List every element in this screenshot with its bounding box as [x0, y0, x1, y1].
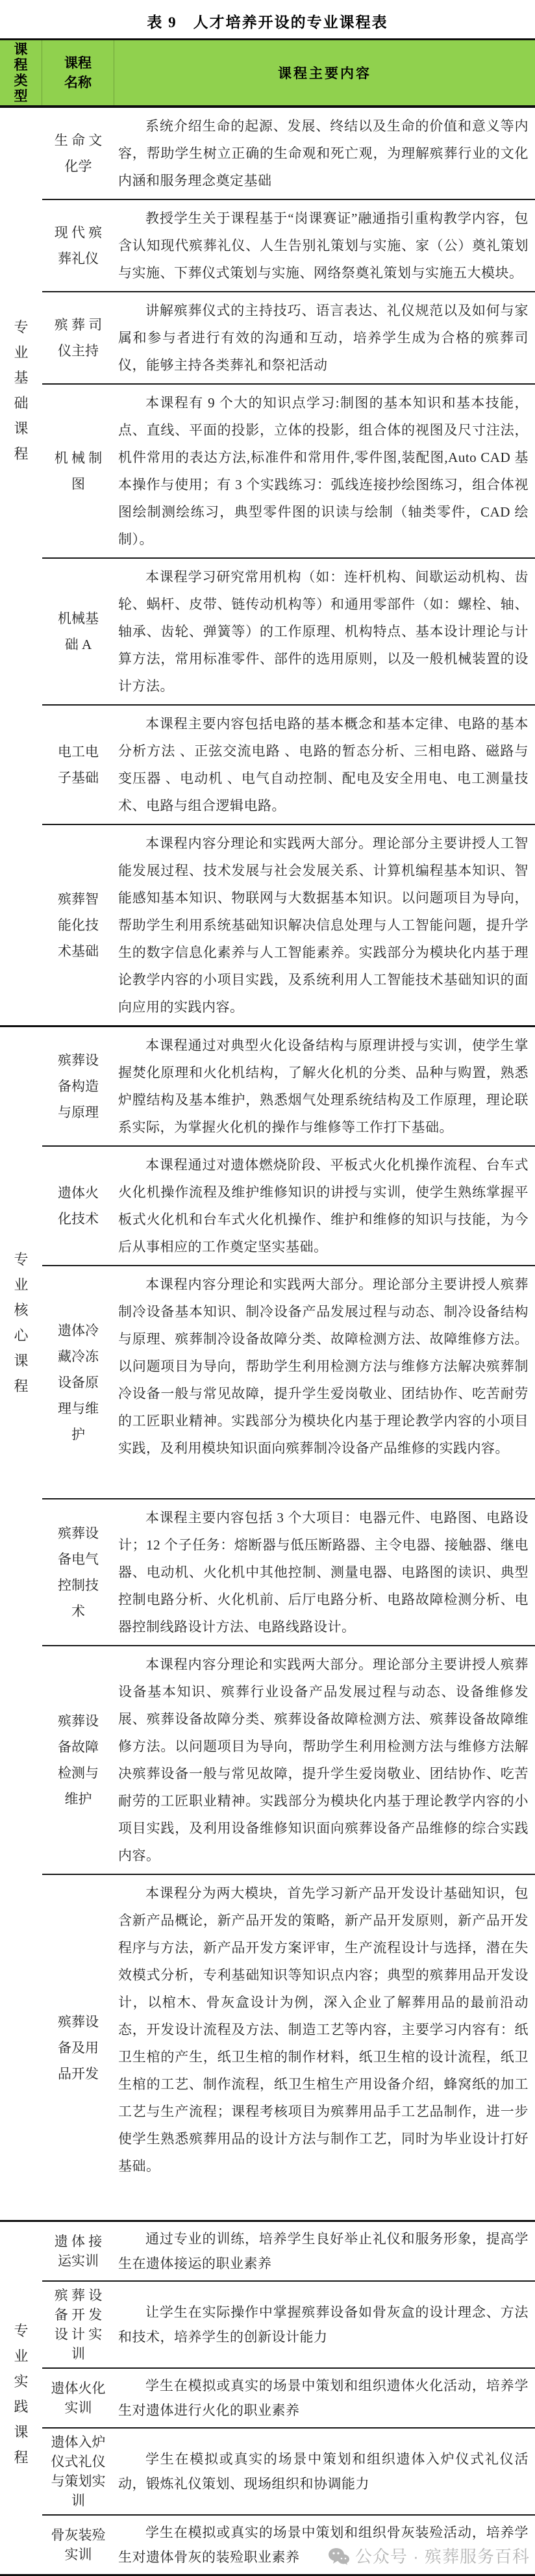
- table-row: 遗体冷 藏冷冻 设备原 理与维 护 本课程内容分理论和实践两大部分。理论部分主要…: [42, 1265, 535, 1498]
- watermark-text: 公众号 · 殡葬服务百科: [355, 2544, 530, 2569]
- course-name: 现 代 殡 葬礼仪: [42, 218, 114, 273]
- course-content: 教授学生关于课程基于“岗课赛证”融通指引重构教学内容，包含认知现代殡葬礼仪、人生…: [114, 203, 535, 288]
- table-row: 遗体火 化技术 本课程通过对遗体燃烧阶段、平板式火化机操作流程、台车式火化机操作…: [42, 1145, 535, 1265]
- table-row: 殡 葬 设 备 开 发 设 计 实 训 让学生在实际操作中掌握殡葬设备如骨灰盒的…: [42, 2280, 535, 2367]
- course-section: 专业核心课程 殡葬设 备构造 与原理 本课程通过对典型火化设备结构与原理讲授与实…: [0, 1025, 535, 2220]
- course-category-cell: 专业核心课程: [0, 1027, 42, 2220]
- table-header-row: 课程类型 课程 名称 课程主要内容: [0, 38, 535, 108]
- course-content: 系统介绍生命的起源、发展、终结以及生命的价值和意义等内容，帮助学生树立正确的生命…: [114, 110, 535, 196]
- course-name: 殡 葬 设 备 开 发 设 计 实 训: [42, 2284, 114, 2365]
- course-name: 殡葬设 备故障 检测与 维护: [42, 1707, 114, 1813]
- course-content: 学生在模拟或真实的场景中策划和组织遗体入炉仪式礼仪活动，锻炼礼仪策划、现场组织和…: [114, 2445, 535, 2498]
- section-rows: 生 命 文 化学 系统介绍生命的起源、发展、终结以及生命的价值和意义等内容，帮助…: [42, 108, 535, 1025]
- table-row: 遗 体 接 运实训 通过专业的训练，培养学生良好举止礼仪和服务形象，提高学生在遗…: [42, 2222, 535, 2280]
- table-row: 生 命 文 化学 系统介绍生命的起源、发展、终结以及生命的价值和意义等内容，帮助…: [42, 108, 535, 199]
- course-category-label: 专业核心课程: [14, 1027, 29, 1399]
- course-content: 让学生在实际操作中掌握殡葬设备如骨灰盒的设计理念、方法和技术，培养学生的创新设计…: [114, 2298, 535, 2351]
- course-name: 遗体入炉 仪式礼仪 与策划实 训: [42, 2431, 114, 2512]
- course-content: 本课程主要内容包括电路的基本概念和基本定律、电路的基本分析方法 、正弦交流电路 …: [114, 708, 535, 821]
- course-name: 遗 体 接 运实训: [42, 2230, 114, 2272]
- table-body: 专业基础课程 生 命 文 化学 系统介绍生命的起源、发展、终结以及生命的价值和意…: [0, 108, 535, 2576]
- table-row: 电工电 子基础 本课程主要内容包括电路的基本概念和基本定律、电路的基本分析方法 …: [42, 704, 535, 824]
- table-row: 骨灰装殓 实训 学生在模拟或真实的场景中策划和组织骨灰装殓活动，培养学生对遗体骨…: [42, 2514, 535, 2574]
- table-row: 殡葬设 备及用 品开发 本课程分为两大模块，首先学习新产品开发设计基础知识，包含…: [42, 1874, 535, 2220]
- table-row: 遗体火化 实训 学生在模拟或真实的场景中策划和组织遗体火化活动，培养学生对遗体进…: [42, 2367, 535, 2427]
- course-name: 殡葬设 备构造 与原理: [42, 1046, 114, 1127]
- page-title: 表 9 人才培养开设的专业课程表: [0, 0, 535, 38]
- course-content: 学生在模拟或真实的场景中策划和组织骨灰装殓活动，培养学生对遗体骨灰的装殓职业素养…: [114, 2518, 535, 2571]
- course-name: 殡 葬 司 仪主持: [42, 311, 114, 365]
- course-name: 机械基 础 A: [42, 604, 114, 659]
- table-row: 机械基 础 A 本课程学习研究常用机构（如：连杆机构、间歇运动机构、齿轮、蜗杆、…: [42, 557, 535, 704]
- course-content: 本课程主要内容包括 3 个大项目：电器元件、电路图、电路设计；12 个子任务：熔…: [114, 1502, 535, 1642]
- table-row: 殡葬设 备电气 控制技 术 本课程主要内容包括 3 个大项目：电器元件、电路图、…: [42, 1498, 535, 1645]
- watermark: 公众号 · 殡葬服务百科: [328, 2544, 530, 2569]
- course-category-label: 专业实践课程: [14, 2222, 29, 2470]
- course-category-label: 专业基础课程: [14, 108, 29, 466]
- table-row: 殡 葬 司 仪主持 讲解殡葬仪式的主持技巧、语言表达、礼仪规范以及如何与家属和参…: [42, 291, 535, 383]
- section-rows: 殡葬设 备构造 与原理 本课程通过对典型火化设备结构与原理讲授与实训，使学生掌握…: [42, 1027, 535, 2220]
- table-row: 殡葬设 备构造 与原理 本课程通过对典型火化设备结构与原理讲授与实训，使学生掌握…: [42, 1027, 535, 1145]
- course-category-cell: 专业基础课程: [0, 108, 42, 1025]
- table-row: 殡葬设 备故障 检测与 维护 本课程内容分理论和实践两大部分。理论部分主要讲授人…: [42, 1645, 535, 1874]
- course-name: 遗体火 化技术: [42, 1179, 114, 1233]
- course-name: 殡葬智 能化技 术基础: [42, 885, 114, 965]
- course-name: 遗体冷 藏冷冻 设备原 理与维 护: [42, 1316, 114, 1449]
- document-page: 表 9 人才培养开设的专业课程表 课程类型 课程 名称 课程主要内容 专业基础课…: [0, 0, 535, 2576]
- course-content: 通过专业的训练，培养学生良好举止礼仪和服务形象，提高学生在遗体接运的职业素养: [114, 2225, 535, 2278]
- course-name: 生 命 文 化学: [42, 126, 114, 181]
- header-course-type-label: 课程类型: [13, 42, 29, 104]
- course-content: 本课程分为两大模块，首先学习新产品开发设计基础知识，包含新产品概论，新产品开发的…: [114, 1878, 535, 2217]
- course-content: 本课程通过对典型火化设备结构与原理讲授与实训，使学生掌握焚化原理和火化机结构，了…: [114, 1030, 535, 1143]
- course-name: 遗体火化 实训: [42, 2377, 114, 2419]
- table-row: 现 代 殡 葬礼仪 教授学生关于课程基于“岗课赛证”融通指引重构教学内容，包含认…: [42, 199, 535, 291]
- course-content: 学生在模拟或真实的场景中策划和组织遗体火化活动，培养学生对遗体进行火化的职业素养: [114, 2371, 535, 2425]
- table-row: 殡葬智 能化技 术基础 本课程内容分理论和实践两大部分。理论部分主要讲授人工智能…: [42, 824, 535, 1025]
- course-section: 专业实践课程 遗 体 接 运实训 通过专业的训练，培养学生良好举止礼仪和服务形象…: [0, 2220, 535, 2576]
- course-section: 专业基础课程 生 命 文 化学 系统介绍生命的起源、发展、终结以及生命的价值和意…: [0, 108, 535, 1025]
- header-cell-course-content: 课程主要内容: [114, 40, 535, 105]
- course-name: 机 械 制 图: [42, 444, 114, 498]
- section-rows: 遗 体 接 运实训 通过专业的训练，培养学生良好举止礼仪和服务形象，提高学生在遗…: [42, 2222, 535, 2574]
- course-content: 本课程通过对遗体燃烧阶段、平板式火化机操作流程、台车式火化机操作流程及维护维修知…: [114, 1149, 535, 1262]
- course-content: 讲解殡葬仪式的主持技巧、语言表达、礼仪规范以及如何与家属和参与者进行有效的沟通和…: [114, 295, 535, 381]
- table-row: 机 械 制 图 本课程有 9 个大的知识点学习:制图的基本知识和基本技能，点、直…: [42, 383, 535, 557]
- header-cell-course-name: 课程 名称: [42, 40, 114, 105]
- course-category-cell: 专业实践课程: [0, 2222, 42, 2574]
- course-content: 本课程内容分理论和实践两大部分。理论部分主要讲授人殡葬制冷设备基本知识、制冷设备…: [114, 1269, 535, 1496]
- course-name: 殡葬设 备及用 品开发: [42, 2008, 114, 2088]
- course-name: 殡葬设 备电气 控制技 术: [42, 1519, 114, 1626]
- course-content: 本课程内容分理论和实践两大部分。理论部分主要讲授人工智能发展过程、技术发展与社会…: [114, 828, 535, 1023]
- table-row: 遗体入炉 仪式礼仪 与策划实 训 学生在模拟或真实的场景中策划和组织遗体入炉仪式…: [42, 2427, 535, 2514]
- header-cell-course-type: 课程类型: [0, 40, 42, 105]
- course-content: 本课程有 9 个大的知识点学习:制图的基本知识和基本技能，点、直线、平面的投影，…: [114, 387, 535, 555]
- course-content: 本课程学习研究常用机构（如：连杆机构、间歇运动机构、齿轮、蜗杆、皮带、链传动机构…: [114, 561, 535, 702]
- course-name: 电工电 子基础: [42, 737, 114, 792]
- course-content: 本课程内容分理论和实践两大部分。理论部分主要讲授人殡葬设备基本知识、殡葬行业设备…: [114, 1649, 535, 1871]
- course-name: 骨灰装殓 实训: [42, 2524, 114, 2566]
- wechat-icon: [328, 2547, 350, 2566]
